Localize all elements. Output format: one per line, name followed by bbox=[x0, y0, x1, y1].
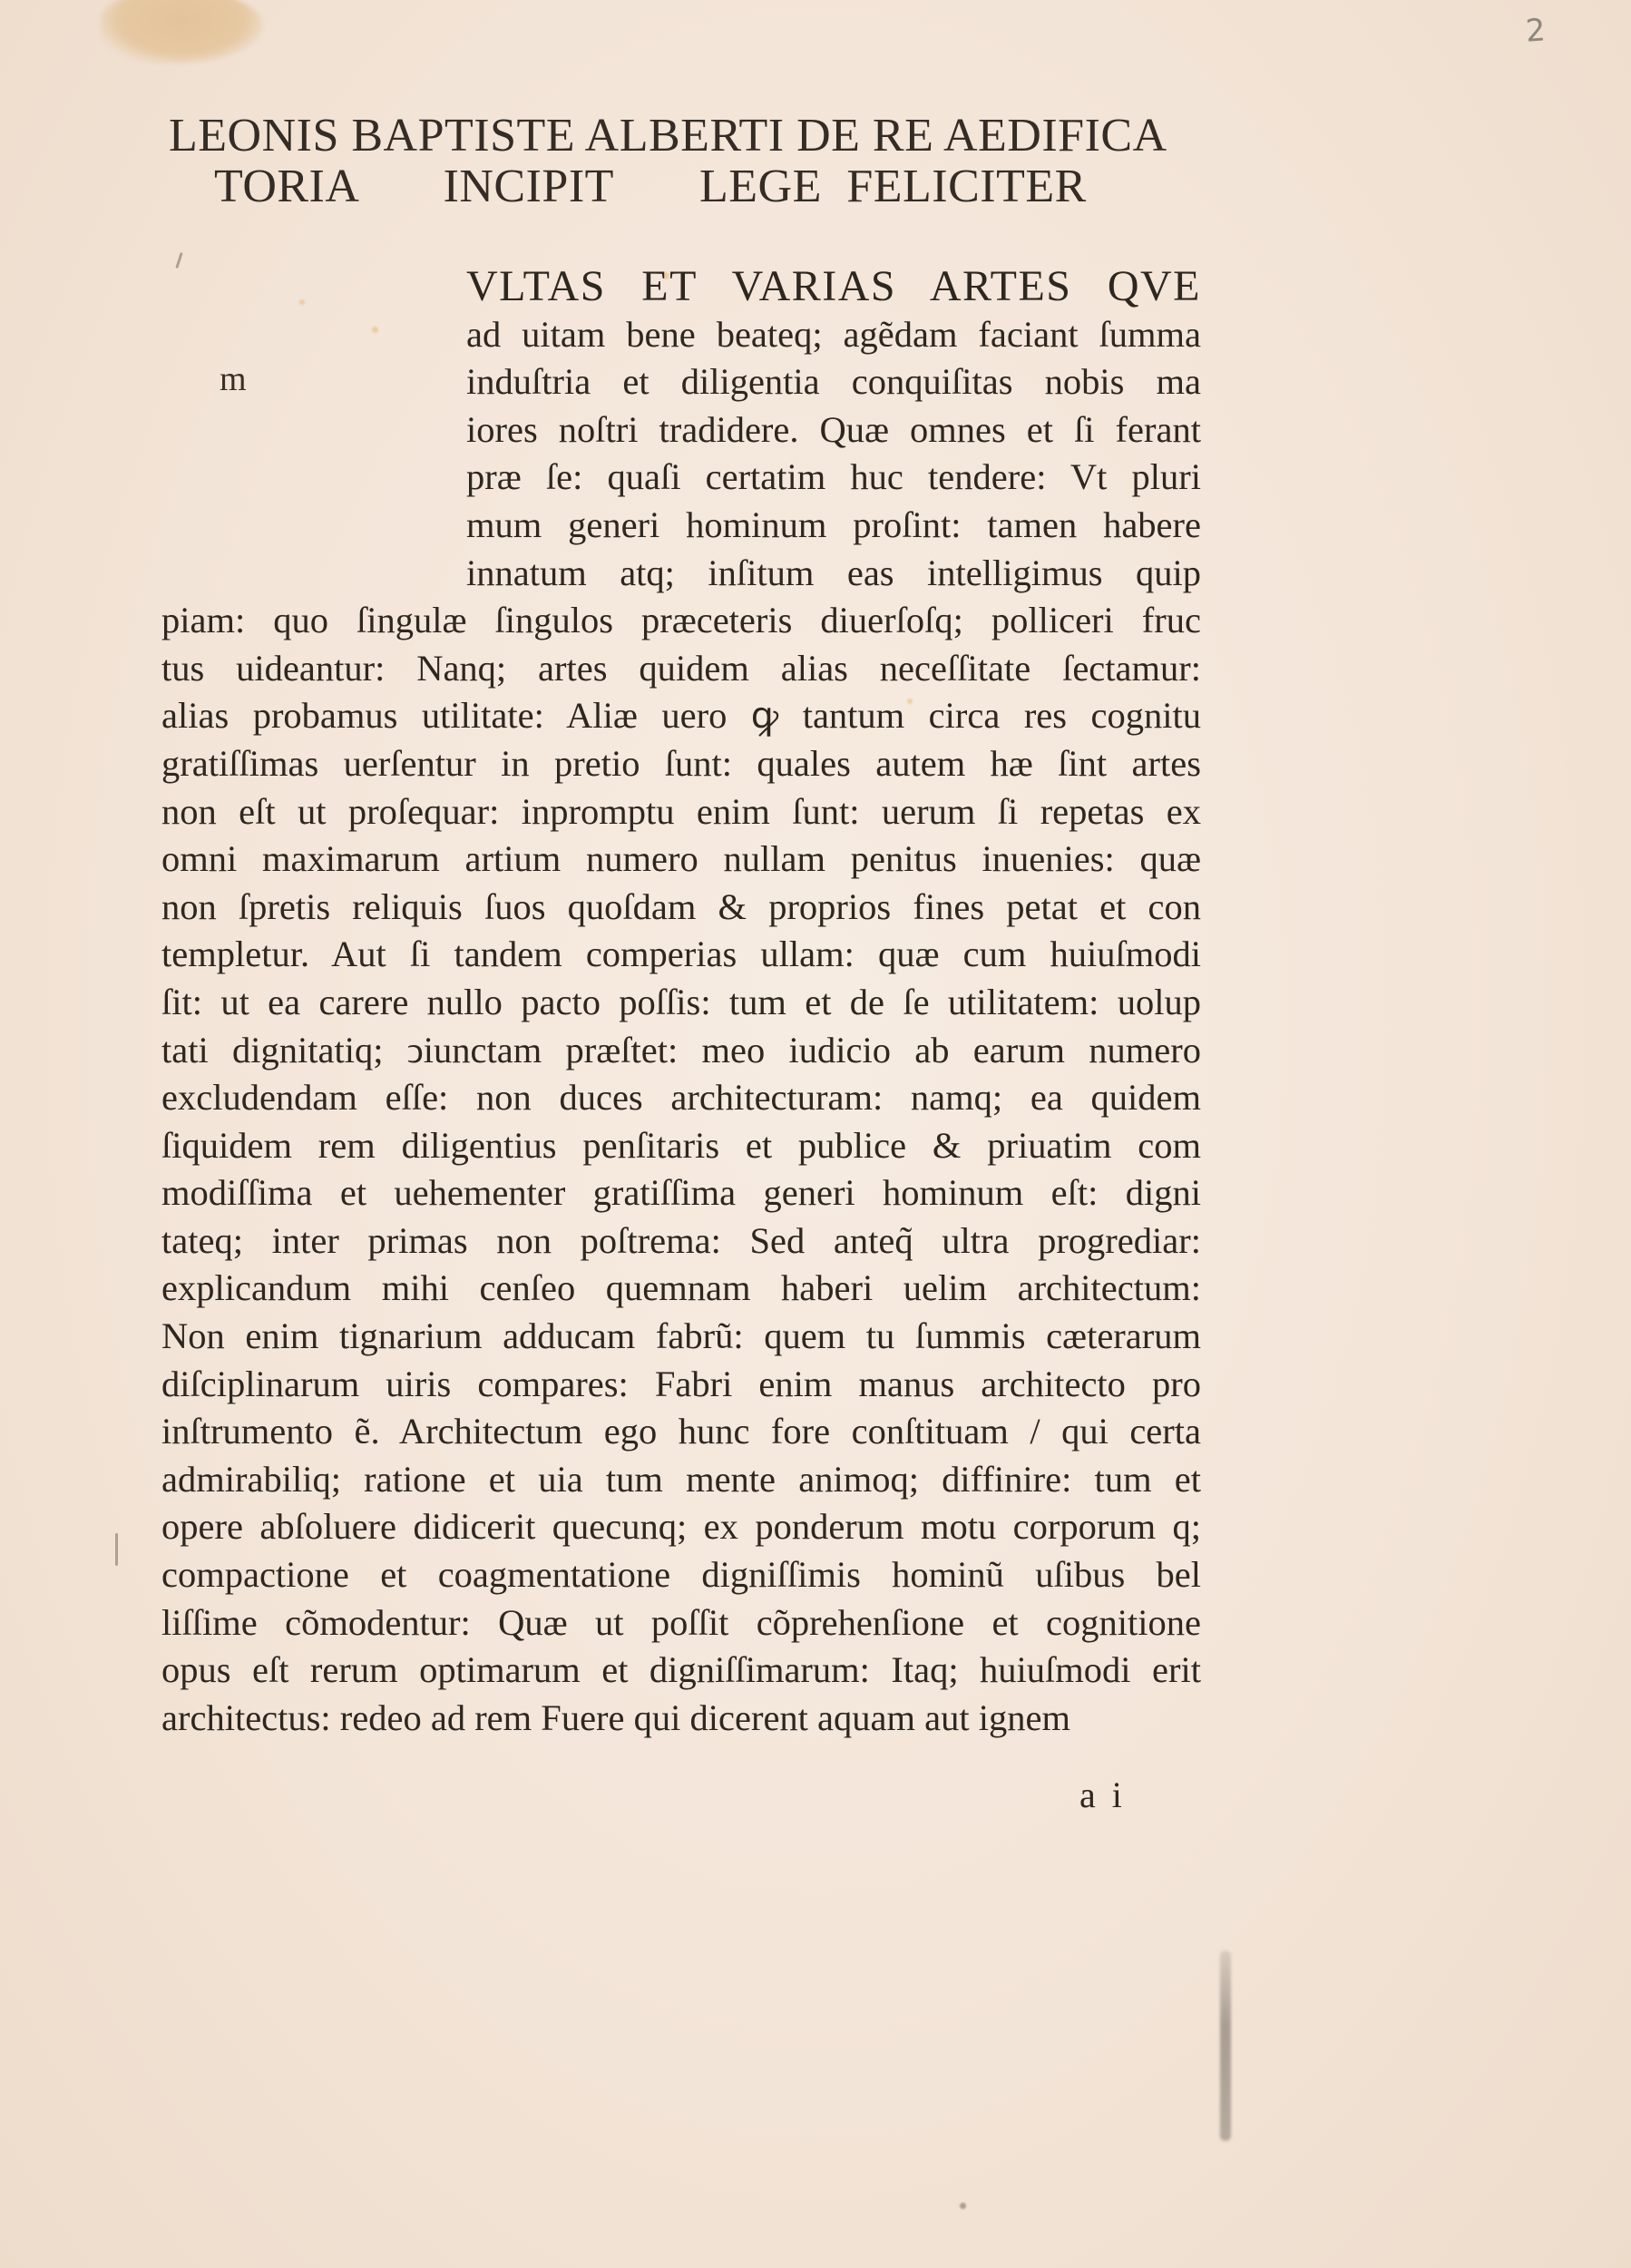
incipit-title: LEONIS BAPTISTE ALBERTI DE RE AEDIFICA T… bbox=[169, 111, 1239, 212]
signature-mark: a i bbox=[1079, 1774, 1122, 1816]
text-line: præ ſe: quaſi certatim huc tendere: Vt p… bbox=[466, 454, 1201, 502]
text-line: architectus: redeo ad rem Fuere qui dice… bbox=[161, 1695, 1201, 1743]
book-page: 2 LEONIS BAPTISTE ALBERTI DE RE AEDIFICA… bbox=[0, 0, 1631, 2268]
text-line: inſtrumento ẽ. Architectum ego hunc fore… bbox=[161, 1408, 1201, 1456]
text-line: liſſime cõmodentur: Quæ ut poſſit cõpreh… bbox=[161, 1599, 1201, 1647]
text-line: VLTAS ET VARIAS ARTES QVE bbox=[466, 263, 1201, 311]
pencil-stroke bbox=[1220, 1950, 1231, 2141]
water-stain bbox=[100, 0, 263, 64]
text-line: explicandum mihi cenſeo quemnam haberi u… bbox=[161, 1265, 1201, 1313]
text-line: compactione et coagmentatione digniſſimi… bbox=[161, 1551, 1201, 1599]
text-line: opus eſt rerum optimarum et digniſſimaru… bbox=[161, 1647, 1201, 1695]
title-word-toria: TORIA bbox=[214, 161, 357, 212]
text-line: alias probamus utilitate: Aliæ uero ꝙ ta… bbox=[161, 692, 1201, 740]
foxing-spot bbox=[960, 2203, 966, 2209]
text-line: templetur. Aut ſi tandem comperias ullam… bbox=[161, 931, 1201, 979]
text-line: omni maximarum artium numero nullam peni… bbox=[161, 836, 1201, 884]
text-line: admirabiliq; ratione et uia tum mente an… bbox=[161, 1456, 1201, 1504]
text-line: tus uideantur: Nanq; artes quidem alias … bbox=[161, 645, 1201, 693]
text-line: gratiſſimas uerſentur in pretio ſunt: qu… bbox=[161, 740, 1201, 788]
pencil-mark bbox=[115, 1533, 118, 1566]
text-line: ſiquidem rem diligentius penſitaris et p… bbox=[161, 1122, 1201, 1170]
text-line: innatum atq; inſitum eas intelligimus qu… bbox=[466, 550, 1201, 598]
text-line: opere abſoluere didicerit quecunq; ex po… bbox=[161, 1503, 1201, 1551]
title-line-1: LEONIS BAPTISTE ALBERTI DE RE AEDIFICA bbox=[169, 111, 1239, 161]
title-word-incipit: INCIPIT bbox=[444, 161, 613, 212]
text-line: non eſt ut proſequar: inpromptu enim ſun… bbox=[161, 788, 1201, 836]
text-line: mum generi hominum proſint: tamen habere bbox=[466, 502, 1201, 550]
body-text: VLTAS ET VARIAS ARTES QVE ad uitam bene … bbox=[161, 263, 1201, 1742]
text-line: tateq; inter primas non poſtrema: Sed an… bbox=[161, 1217, 1201, 1266]
title-line-2: TORIA INCIPIT LEGE FELICITER bbox=[169, 161, 1239, 212]
text-line: induſtria et diligentia conquiſitas nobi… bbox=[466, 358, 1201, 406]
text-line: modiſſima et uehementer gratiſſima gener… bbox=[161, 1169, 1201, 1217]
text-line: tati dignitatiq; ↄiunctam præſtet: meo i… bbox=[161, 1027, 1201, 1075]
text-line: non ſpretis reliquis ſuos quoſdam & prop… bbox=[161, 884, 1201, 932]
pencil-folio-number: 2 bbox=[1525, 12, 1547, 49]
text-line: excludendam eſſe: non duces architectura… bbox=[161, 1074, 1201, 1122]
text-line: ſit: ut ea carere nullo pacto poſſis: tu… bbox=[161, 979, 1201, 1027]
text-line: diſciplinarum uiris compares: Fabri enim… bbox=[161, 1361, 1201, 1409]
text-line: Non enim tignarium adducam fabrũ: quem t… bbox=[161, 1313, 1201, 1361]
text-line: ad uitam bene beateq; agẽdam faciant ſum… bbox=[466, 311, 1201, 359]
text-line: iores noſtri tradidere. Quæ omnes et ſi … bbox=[466, 406, 1201, 455]
text-line: piam: quo ſingulæ ſingulos præceteris di… bbox=[161, 597, 1201, 645]
title-word-lege-feliciter: LEGE FELICITER bbox=[699, 161, 1087, 212]
